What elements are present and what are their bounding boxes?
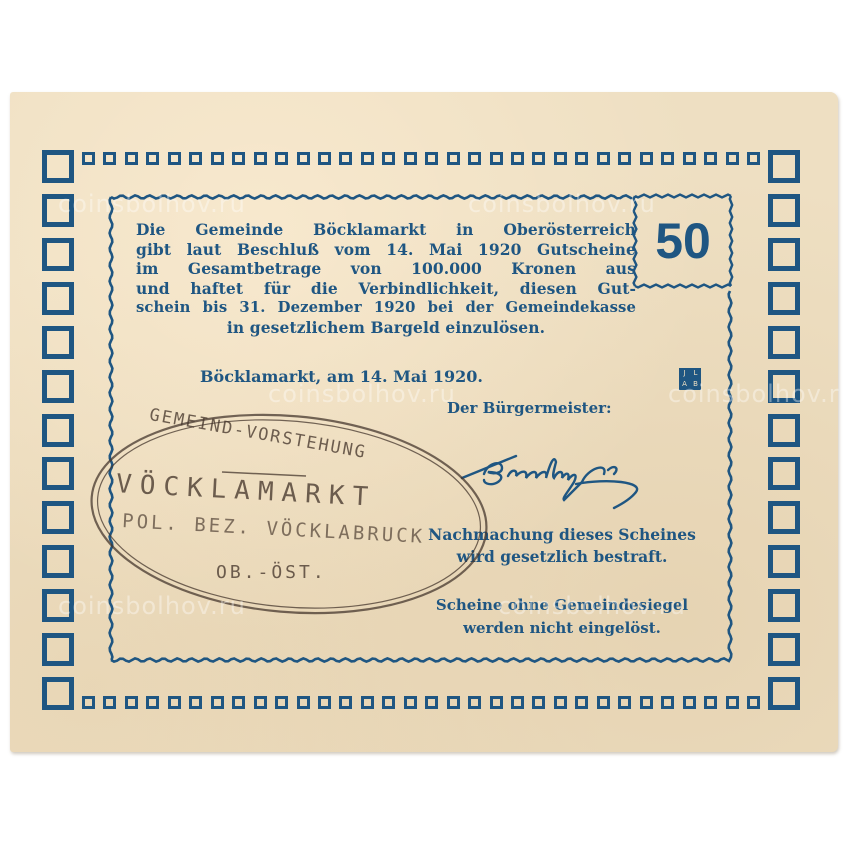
border-small-square bbox=[554, 696, 567, 709]
border-small-square bbox=[597, 152, 610, 165]
border-small-square bbox=[146, 696, 159, 709]
issuer-line: gibt laut Beschluß vom 14. Mai 1920 Guts… bbox=[136, 240, 636, 260]
border-large-square bbox=[42, 545, 74, 578]
border-small-square bbox=[618, 152, 631, 165]
border-small-square bbox=[726, 696, 739, 709]
border-large-square bbox=[768, 282, 800, 315]
border-small-square bbox=[640, 696, 653, 709]
border-small-square bbox=[168, 152, 181, 165]
border-small-square bbox=[511, 152, 524, 165]
border-small-square bbox=[640, 152, 653, 165]
border-large-square bbox=[768, 457, 800, 490]
border-small-square bbox=[318, 696, 331, 709]
border-large-square bbox=[768, 633, 800, 666]
denomination-value: 50 bbox=[631, 192, 735, 290]
border-small-square bbox=[361, 696, 374, 709]
border-small-square bbox=[726, 152, 739, 165]
border-small-square bbox=[339, 696, 352, 709]
municipal-seal-stamp: GEMEIND-VORSTEHUNG VÖCKLAMARKT POL. BEZ.… bbox=[86, 410, 492, 618]
issue-date: am 14. Mai 1920. bbox=[327, 367, 483, 386]
border-large-square bbox=[42, 501, 74, 534]
border-large-square bbox=[768, 414, 800, 447]
border-large-square bbox=[768, 238, 800, 271]
border-small-square bbox=[211, 696, 224, 709]
border-small-square bbox=[382, 696, 395, 709]
issuer-line: Die Gemeinde Böcklamarkt in Oberösterrei… bbox=[136, 220, 636, 240]
border-small-square bbox=[575, 152, 588, 165]
border-large-square bbox=[42, 194, 74, 227]
denomination-box: 50 bbox=[631, 192, 735, 290]
border-small-square bbox=[125, 696, 138, 709]
border-small-square bbox=[103, 152, 116, 165]
border-small-square bbox=[683, 696, 696, 709]
border-small-square bbox=[468, 152, 481, 165]
border-small-square bbox=[447, 152, 460, 165]
issuer-line: in gesetzlichem Bargeld einzulösen. bbox=[136, 318, 636, 338]
border-large-square bbox=[768, 545, 800, 578]
border-large-square bbox=[42, 457, 74, 490]
border-small-square bbox=[189, 152, 202, 165]
border-large-square bbox=[42, 414, 74, 447]
border-large-square bbox=[42, 150, 74, 183]
border-small-square bbox=[189, 696, 202, 709]
printer-mark-icon: J L A B bbox=[679, 368, 701, 390]
border-small-square bbox=[532, 696, 545, 709]
issuer-line: schein bis 31. Dezember 1920 bei der Gem… bbox=[136, 298, 636, 318]
issuer-line: und haftet für die Verbindlichkeit, dies… bbox=[136, 279, 636, 299]
border-small-square bbox=[597, 696, 610, 709]
border-large-square bbox=[42, 282, 74, 315]
border-small-square bbox=[425, 696, 438, 709]
border-small-square bbox=[618, 696, 631, 709]
border-small-square bbox=[747, 152, 760, 165]
border-small-square bbox=[511, 696, 524, 709]
border-small-square bbox=[382, 152, 395, 165]
border-small-square bbox=[297, 152, 310, 165]
border-small-square bbox=[82, 696, 95, 709]
border-large-square bbox=[42, 589, 74, 622]
border-small-square bbox=[297, 696, 310, 709]
border-large-square bbox=[42, 238, 74, 271]
border-small-square bbox=[275, 152, 288, 165]
border-small-square bbox=[232, 152, 245, 165]
stamp-line-4: OB.-ÖST. bbox=[216, 562, 327, 583]
place-date-line: Böcklamarkt, am 14. Mai 1920. bbox=[200, 367, 483, 386]
border-small-square bbox=[683, 152, 696, 165]
place-name: Böcklamarkt, bbox=[200, 367, 321, 386]
border-large-square bbox=[768, 194, 800, 227]
border-small-square bbox=[318, 152, 331, 165]
border-large-square bbox=[768, 677, 800, 710]
border-large-square bbox=[768, 589, 800, 622]
border-large-square bbox=[768, 326, 800, 359]
border-small-square bbox=[447, 696, 460, 709]
border-large-square bbox=[42, 677, 74, 710]
border-large-square bbox=[768, 150, 800, 183]
border-small-square bbox=[704, 696, 717, 709]
border-small-square bbox=[82, 152, 95, 165]
border-small-square bbox=[661, 696, 674, 709]
border-small-square bbox=[339, 152, 352, 165]
border-small-square bbox=[425, 152, 438, 165]
border-small-square bbox=[146, 152, 159, 165]
border-small-square bbox=[232, 696, 245, 709]
border-large-square bbox=[768, 370, 800, 403]
border-small-square bbox=[275, 696, 288, 709]
border-small-square bbox=[468, 696, 481, 709]
border-small-square bbox=[254, 696, 267, 709]
issuer-line: im Gesamtbetrage von 100.000 Kronen aus bbox=[136, 259, 636, 279]
border-large-square bbox=[42, 633, 74, 666]
border-large-square bbox=[42, 326, 74, 359]
border-small-square bbox=[490, 152, 503, 165]
border-small-square bbox=[532, 152, 545, 165]
border-small-square bbox=[554, 152, 567, 165]
border-small-square bbox=[704, 152, 717, 165]
border-large-square bbox=[42, 370, 74, 403]
border-small-square bbox=[661, 152, 674, 165]
border-small-square bbox=[747, 696, 760, 709]
border-small-square bbox=[125, 152, 138, 165]
border-small-square bbox=[361, 152, 374, 165]
border-small-square bbox=[490, 696, 503, 709]
issuer-text: Die Gemeinde Böcklamarkt in Oberösterrei… bbox=[136, 220, 636, 338]
border-large-square bbox=[768, 501, 800, 534]
border-small-square bbox=[404, 696, 417, 709]
border-small-square bbox=[211, 152, 224, 165]
border-small-square bbox=[254, 152, 267, 165]
border-small-square bbox=[103, 696, 116, 709]
border-small-square bbox=[575, 696, 588, 709]
border-small-square bbox=[168, 696, 181, 709]
border-small-square bbox=[404, 152, 417, 165]
